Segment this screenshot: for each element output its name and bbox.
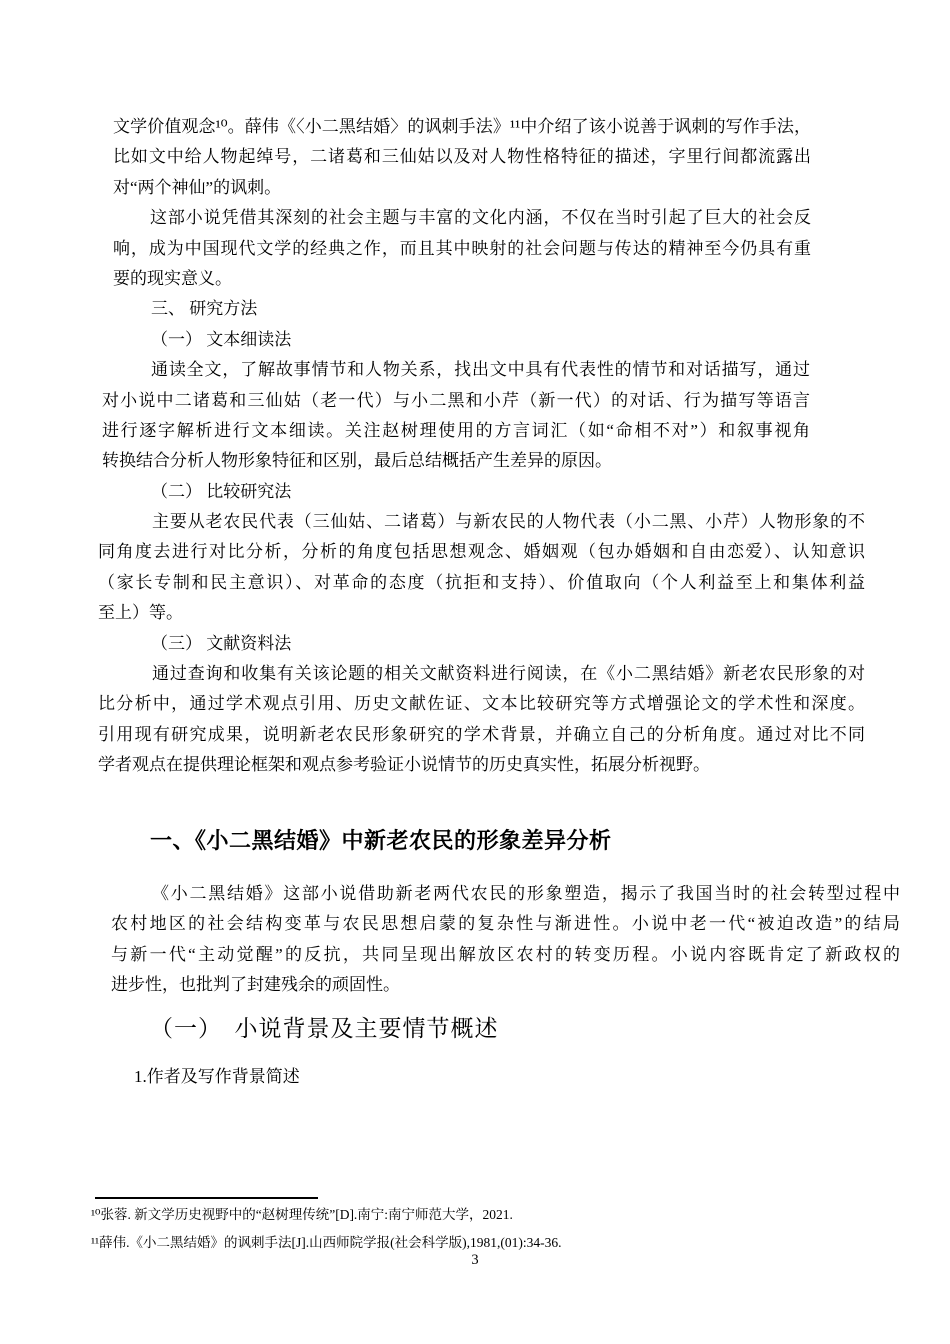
document-page: 文学价值观念¹⁰。薛伟《〈小二黑结婚〉的讽刺手法》¹¹中介绍了该小说善于讽刺的写… xyxy=(0,0,950,1344)
text-line: 农村地区的社会结构变革与农民思想启蒙的复杂性与渐进性。小说中老一代“被迫改造”的… xyxy=(111,909,900,939)
chapter-heading: 一、《小二黑结婚》中新老农民的形象差异分析 xyxy=(150,828,612,854)
section-header: （三） 文献资料法 xyxy=(102,629,810,659)
text-line: 通过查询和收集有关该论题的相关文献资料进行阅读，在《小二黑结婚》新老农民形象的对 xyxy=(98,659,865,689)
main-text-block: 文学价值观念¹⁰。薛伟《〈小二黑结婚〉的讽刺手法》¹¹中介绍了该小说善于讽刺的写… xyxy=(98,112,865,781)
text-line: 通读全文，了解故事情节和人物关系，找出文中具有代表性的情节和对话描写，通过 xyxy=(102,355,810,385)
text-line: 这部小说凭借其深刻的社会主题与丰富的文化内涵，不仅在当时引起了巨大的社会反 xyxy=(113,203,811,233)
text-line: 主要从老农民代表（三仙姑、二诸葛）与新农民的人物代表（小二黑、小芹）人物形象的不 xyxy=(98,507,865,537)
page-number: 3 xyxy=(0,1252,950,1269)
text-line: （家长专制和民主意识）、对革命的态度（抗拒和支持）、价值取向（个人利益至上和集体… xyxy=(98,568,865,598)
text-line: 文学价值观念¹⁰。薛伟《〈小二黑结婚〉的讽刺手法》¹¹中介绍了该小说善于讽刺的写… xyxy=(113,112,811,142)
text-line: 比分析中，通过学术观点引用、历史文献佐证、文本比较研究等方式增强论文的学术性和深… xyxy=(98,689,865,719)
subsection-heading: （一） 小说背景及主要情节概述 xyxy=(150,1013,499,1043)
text-line: 对小说中二诸葛和三仙姑（老一代）与小二黑和小芹（新一代）的对话、行为描写等语言 xyxy=(102,386,810,416)
text-line: 学者观点在提供理论框架和观点参考验证小说情节的历史真实性，拓展分析视野。 xyxy=(98,750,865,780)
text-line: 比如文中给人物起绰号，二诸葛和三仙姑以及对人物性格特征的描述，字里行间都流露出 xyxy=(113,142,811,172)
footnote-separator xyxy=(95,1197,318,1199)
text-line: 响，成为中国现代文学的经典之作，而且其中映射的社会问题与传达的精神至今仍具有重 xyxy=(113,234,811,264)
text-line: 要的现实意义。 xyxy=(113,264,811,294)
text-line: 与新一代“主动觉醒”的反抗，共同呈现出解放区农村的转变历程。小说内容既肯定了新政… xyxy=(111,940,900,970)
text-line: 进行逐字解析进行文本细读。关注赵树理使用的方言词汇（如“命相不对”）和叙事视角 xyxy=(102,416,810,446)
sub-subsection-heading: 1.作者及写作背景简述 xyxy=(134,1066,300,1088)
section-header: 三、 研究方法 xyxy=(102,294,810,324)
text-line: 进步性，也批判了封建残余的顽固性。 xyxy=(111,970,900,1000)
chapter-intro-paragraph: 《小二黑结婚》这部小说借助新老两代农民的形象塑造，揭示了我国当时的社会转型过程中… xyxy=(111,879,900,1001)
text-line: 同角度去进行对比分析，分析的角度包括思想观念、婚姻观（包办婚姻和自由恋爱）、认知… xyxy=(98,537,865,567)
text-line: 至上）等。 xyxy=(98,598,865,628)
text-line: 引用现有研究成果，说明新老农民形象研究的学术背景，并确立自己的分析角度。通过对比… xyxy=(98,720,865,750)
text-line: 转换结合分析人物形象特征和区别，最后总结概括产生差异的原因。 xyxy=(102,446,810,476)
footnote: ¹⁰张蓉. 新文学历史视野中的“赵树理传统”[D].南宁:南宁师范大学，2021… xyxy=(91,1201,871,1229)
footnotes-block: ¹⁰张蓉. 新文学历史视野中的“赵树理传统”[D].南宁:南宁师范大学，2021… xyxy=(91,1201,871,1257)
text-line: 对“两个神仙”的讽刺。 xyxy=(113,173,811,203)
section-header: （一） 文本细读法 xyxy=(102,325,810,355)
section-header: （二） 比较研究法 xyxy=(102,477,810,507)
text-line: 《小二黑结婚》这部小说借助新老两代农民的形象塑造，揭示了我国当时的社会转型过程中 xyxy=(111,879,900,909)
